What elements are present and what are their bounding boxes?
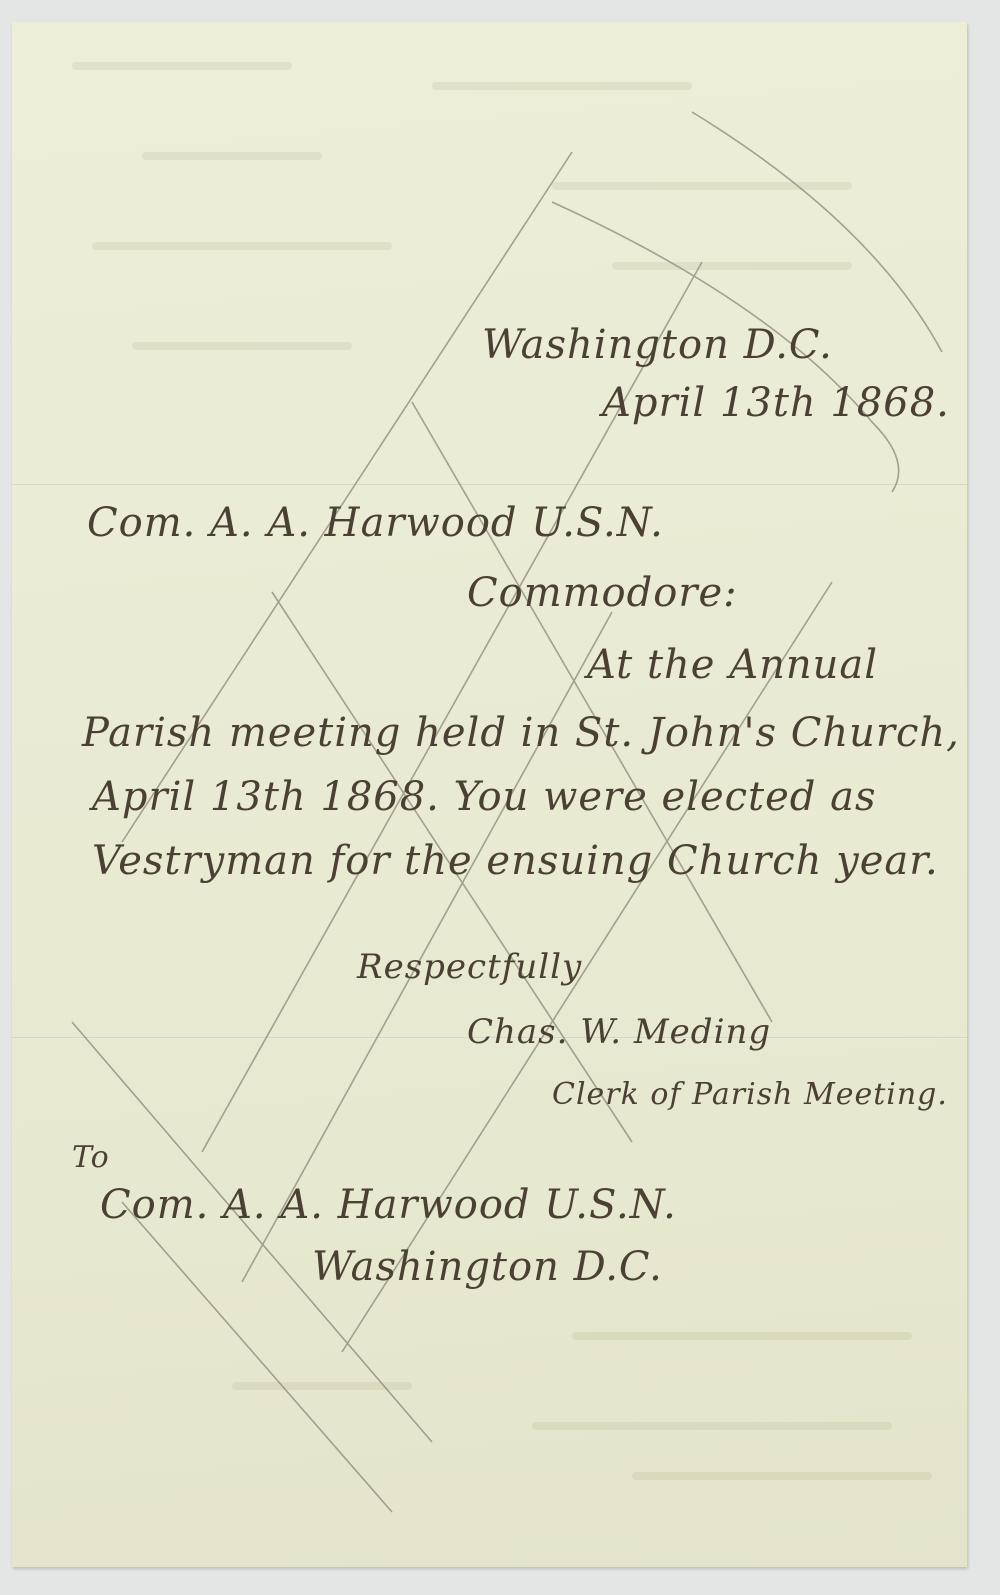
letter-date: April 13th 1868. <box>602 380 950 426</box>
to-label: To <box>72 1140 110 1175</box>
body-line-3: April 13th 1868. You were elected as <box>92 774 876 820</box>
recipient-city: Washington D.C. <box>312 1244 663 1290</box>
signature-title: Clerk of Parish Meeting. <box>552 1077 948 1112</box>
body-line-1: At the Annual <box>587 642 878 688</box>
letter-page: Washington D.C. April 13th 1868. Com. A.… <box>12 22 967 1567</box>
body-line-4: Vestryman for the ensuing Church year. <box>92 838 939 884</box>
fold-crease-upper <box>12 484 967 486</box>
addressee-line: Com. A. A. Harwood U.S.N. <box>87 500 664 546</box>
letter-place: Washington D.C. <box>482 322 833 368</box>
body-line-2: Parish meeting held in St. John's Church… <box>82 710 960 756</box>
signature: Chas. W. Meding <box>467 1012 771 1052</box>
recipient-name: Com. A. A. Harwood U.S.N. <box>100 1182 677 1228</box>
salutation: Commodore: <box>467 570 738 616</box>
closing: Respectfully <box>357 947 582 987</box>
